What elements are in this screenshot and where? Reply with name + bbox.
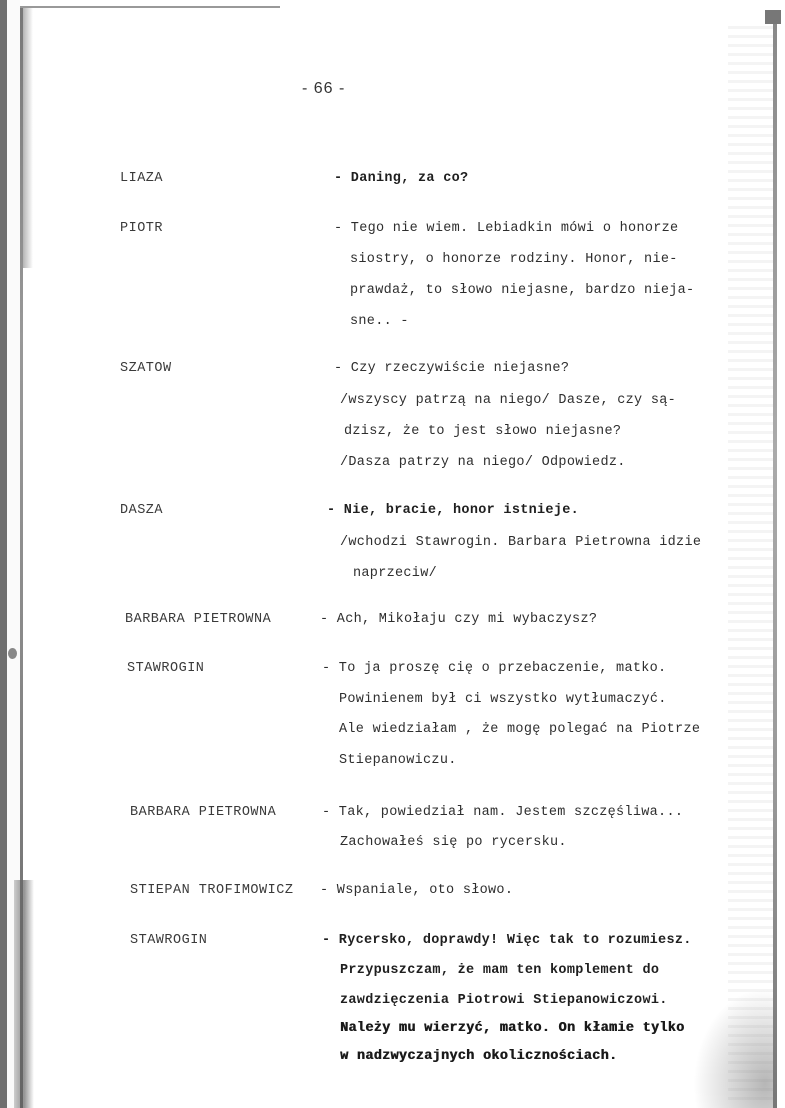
dialogue-line: siostry, o honorze rodziny. Honor, nie- [350, 252, 678, 267]
scan-edge [0, 0, 7, 1108]
dialogue-line: - Nie, bracie, honor istnieje. [327, 503, 579, 518]
dialogue-line: - Rycersko, doprawdy! Więc tak to rozumi… [322, 933, 692, 948]
punch-hole [8, 648, 17, 659]
dialogue-line: sne.. - [350, 314, 409, 329]
scan-smudge [693, 988, 773, 1108]
dialogue-line: Zachowałeś się po rycersku. [340, 835, 567, 850]
dialogue-line: - Tego nie wiem. Lebiadkin mówi o honorz… [334, 221, 678, 236]
stage-direction: naprzeciw/ [353, 566, 437, 581]
stage-direction: /wszyscy patrzą na niego/ Dasze, czy są- [340, 393, 676, 408]
speaker-name: STAWROGIN [127, 661, 204, 676]
dialogue-line: - Daning, za co? [334, 171, 468, 186]
speaker-name: STAWROGIN [130, 933, 207, 948]
dialogue-line: - Ach, Mikołaju czy mi wybaczysz? [320, 612, 597, 627]
dialogue-line: zawdzięczenia Piotrowi Stiepanowiczowi. [340, 993, 668, 1008]
speaker-name: DASZA [120, 503, 163, 518]
dialogue-line: - Czy rzeczywiście niejasne? [334, 361, 569, 376]
speaker-name: BARBARA PIETROWNA [130, 805, 276, 820]
dialogue-line: Stiepanowiczu. [339, 753, 457, 768]
page-corner [765, 10, 781, 24]
speaker-name: BARBARA PIETROWNA [125, 612, 271, 627]
dialogue-line: - Wspaniale, oto słowo. [320, 883, 513, 898]
dialogue-line: Należy mu wierzyć, matko. On kłamie tylk… [340, 1021, 684, 1036]
scan-noise [728, 20, 773, 1105]
dialogue-line: Przypuszczam, że mam ten komplement do [340, 963, 659, 978]
page-shadow [14, 880, 34, 1108]
page-number: - 66 - [302, 80, 345, 98]
speaker-name: SZATOW [120, 361, 172, 376]
stage-direction: /Dasza patrzy na niego/ Odpowiedz. [340, 455, 626, 470]
dialogue-line: prawdaż, to słowo niejasne, bardzo nieja… [350, 283, 694, 298]
speaker-name: STIEPAN TROFIMOWICZ [130, 883, 293, 898]
dialogue-line: Ale wiedziałam , że mogę polegać na Piot… [339, 722, 700, 737]
dialogue-line: - To ja proszę cię o przebaczenie, matko… [322, 661, 666, 676]
speaker-name: LIAZA [120, 171, 163, 186]
dialogue-line: dzisz, że to jest słowo niejasne? [344, 424, 621, 439]
speaker-name: PIOTR [120, 221, 163, 236]
page-shadow [23, 8, 33, 268]
stage-direction: /wchodzi Stawrogin. Barbara Pietrowna id… [340, 535, 701, 550]
dialogue-line: Powinienem był ci wszystko wytłumaczyć. [339, 692, 667, 707]
page-edge-top [20, 6, 280, 8]
dialogue-line: w nadzwyczajnych okolicznościach. [340, 1049, 617, 1064]
dialogue-line: - Tak, powiedział nam. Jestem szczęśliwa… [322, 805, 683, 820]
page-edge-right [773, 12, 777, 1108]
